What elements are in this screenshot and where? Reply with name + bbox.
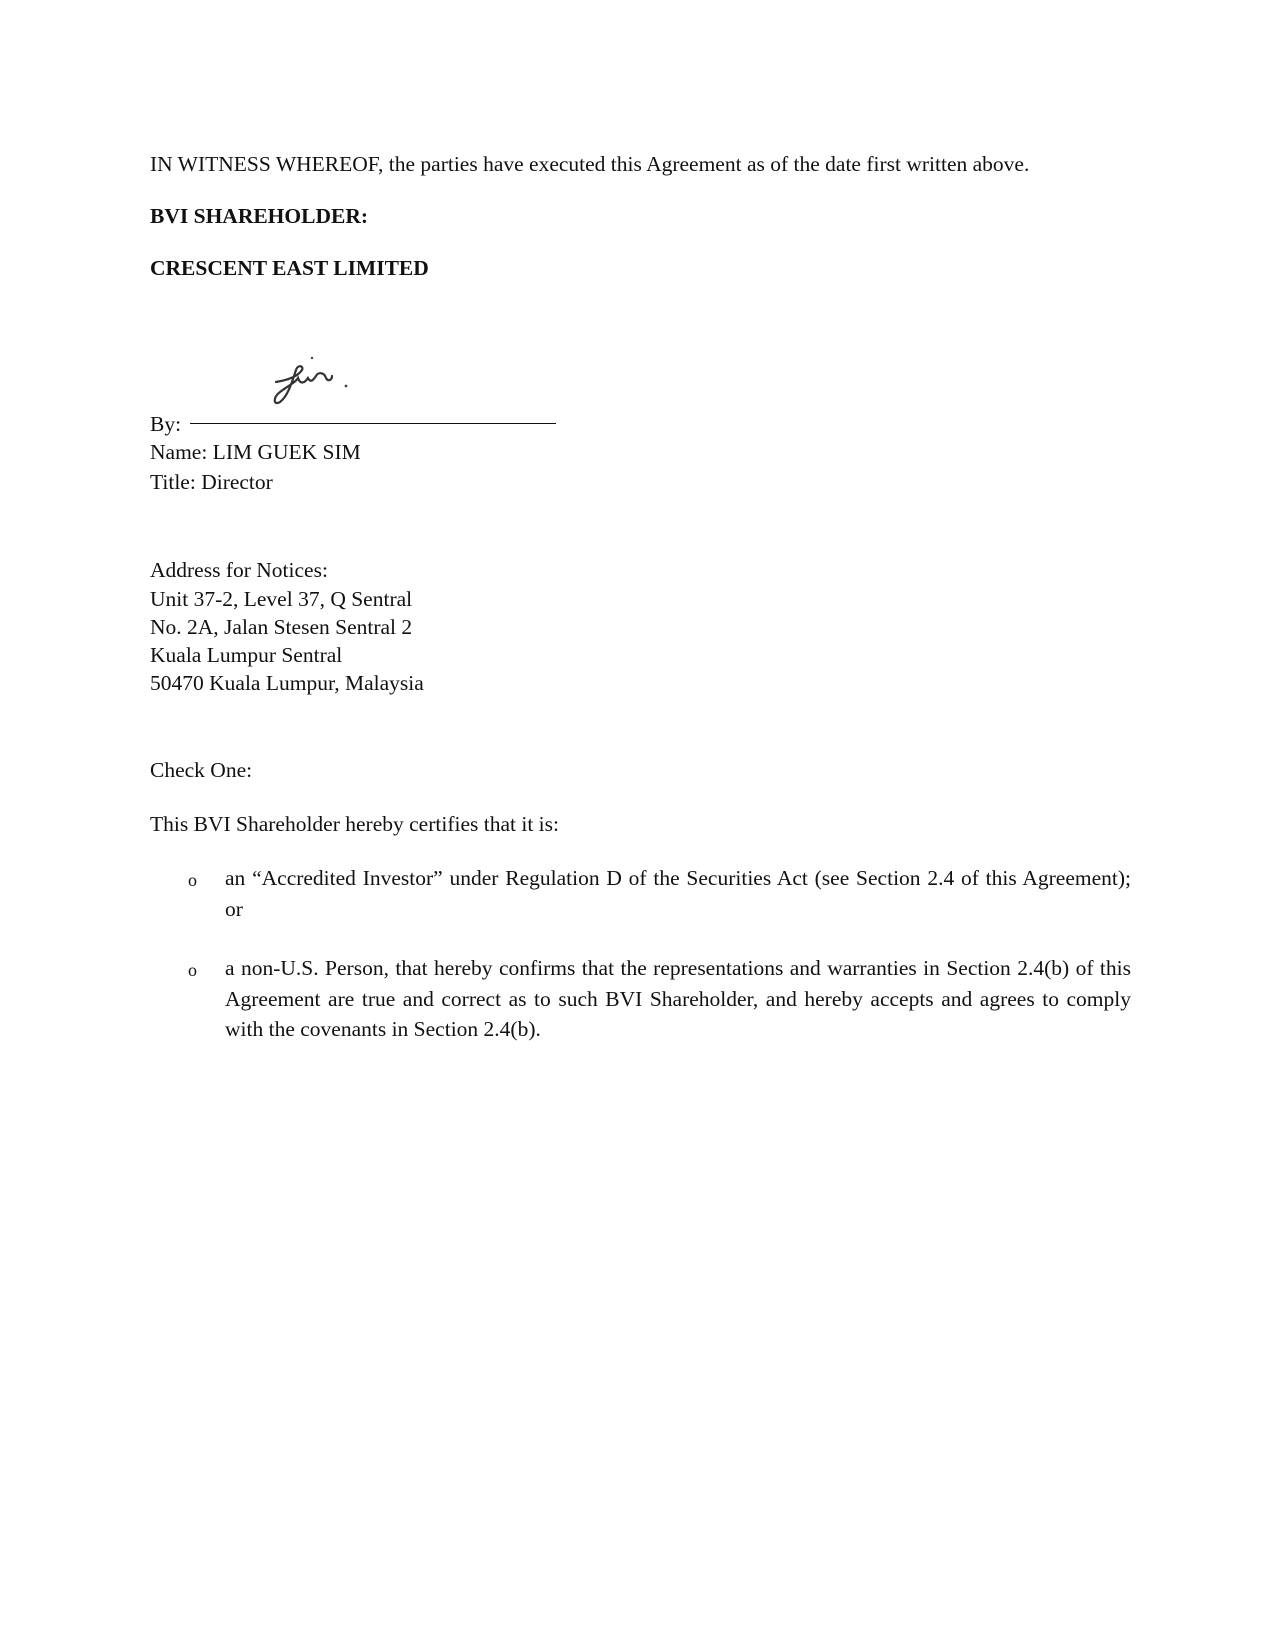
signature-line: [190, 423, 556, 424]
option-accredited-investor: an “Accredited Investor” under Regulatio…: [225, 863, 1131, 924]
party-label: BVI SHAREHOLDER:: [150, 202, 368, 230]
option-checkbox-non-us[interactable]: o: [188, 956, 197, 984]
check-one-label: Check One:: [150, 756, 252, 784]
signature-image: [268, 352, 358, 412]
signatory-title: Title: Director: [150, 468, 273, 496]
witness-clause: IN WITNESS WHEREOF, the parties have exe…: [150, 150, 1029, 178]
by-label: By:: [150, 410, 181, 438]
option-checkbox-accredited[interactable]: o: [188, 866, 197, 894]
address-heading: Address for Notices:: [150, 556, 328, 584]
signatory-name: Name: LIM GUEK SIM: [150, 438, 361, 466]
address-line: Unit 37-2, Level 37, Q Sentral: [150, 585, 412, 613]
certification-intro: This BVI Shareholder hereby certifies th…: [150, 810, 559, 838]
address-line: No. 2A, Jalan Stesen Sentral 2: [150, 613, 412, 641]
company-name: CRESCENT EAST LIMITED: [150, 254, 429, 282]
address-line: 50470 Kuala Lumpur, Malaysia: [150, 669, 424, 697]
address-line: Kuala Lumpur Sentral: [150, 641, 342, 669]
option-non-us-person: a non-U.S. Person, that hereby confirms …: [225, 953, 1131, 1045]
